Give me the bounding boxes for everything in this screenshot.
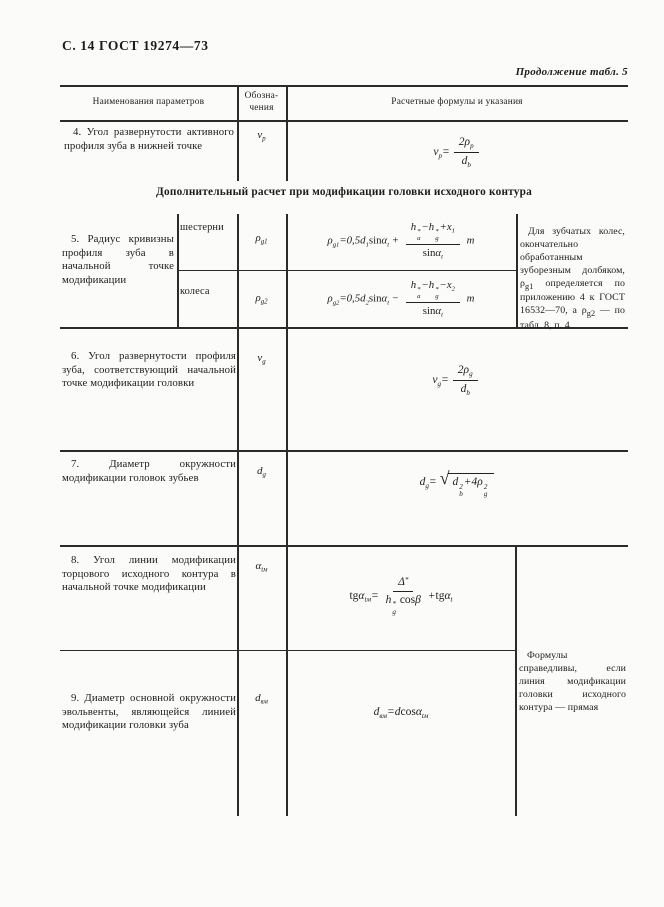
row5-sublabel-wheel: колеса bbox=[180, 285, 236, 298]
row6-symbol-cell: νg bbox=[238, 330, 285, 388]
row4-symbol: νp bbox=[257, 129, 265, 144]
row5-symbol-wheel-cell: ρg2 bbox=[238, 274, 285, 324]
section-title: Дополнительный расчет при модификации го… bbox=[60, 186, 628, 198]
row5-symbol-wheel: ρg2 bbox=[255, 292, 267, 307]
row9-formula: dвм=dcosαtм bbox=[374, 706, 429, 720]
row8-formula: tgαtм= Δ*h*g cosβ +tgαt bbox=[349, 576, 452, 616]
row5-subcol-divider bbox=[177, 214, 179, 327]
row5-symbol-gear: ρg1 bbox=[255, 232, 267, 247]
row5-sub-divider bbox=[177, 270, 516, 271]
row9-symbol-cell: dвм bbox=[238, 678, 285, 720]
row7-formula-cell: dg=√d2b+4ρ2g bbox=[288, 452, 626, 520]
row9-formula-cell: dвм=dcosαtм bbox=[288, 654, 514, 772]
row7-formula: dg=√d2b+4ρ2g bbox=[420, 473, 495, 498]
row9-symbol: dвм bbox=[255, 692, 268, 707]
column-header-parameters-label: Наименования параметров bbox=[93, 97, 205, 109]
row6-parameter-label: 6. Угол развернутости профиля зуба, соот… bbox=[62, 350, 236, 391]
row9-note: Формулы справедливы, если линия модифика… bbox=[519, 650, 626, 714]
row6-formula-cell: νg=2ρgdb bbox=[288, 330, 626, 430]
row5-note: Для зубчатых колес, окончательно обработ… bbox=[520, 226, 625, 333]
row4-parameter-label: 4. Угол развернутости активного профиля … bbox=[64, 126, 234, 153]
row7-bottom-rule bbox=[60, 545, 628, 547]
column-header-symbols-line2: чения bbox=[245, 103, 279, 115]
row5-symbol-gear-cell: ρg1 bbox=[238, 214, 285, 264]
row5-formula-wheel: ρg2=0,5d2sinαt − h*a−h*g−x2sinαt m bbox=[328, 279, 475, 319]
row5-formula-gear-cell: ρg1=0,5d1sinαt + h*a−h*g+x1sinαt m bbox=[288, 214, 514, 269]
row5-formula-wheel-cell: ρg2=0,5d2sinαt − h*a−h*g−x2sinαt m bbox=[288, 272, 514, 327]
column-header-symbols-label: Обозна- чения bbox=[245, 91, 279, 115]
row5-sublabel-gear: шестерни bbox=[180, 221, 236, 234]
row4-formula: νp=2ρpdb bbox=[433, 136, 482, 169]
row9-parameter-label: 9. Диаметр основной окружности эвольвент… bbox=[62, 692, 236, 733]
column-header-parameters: Наименования параметров bbox=[62, 87, 235, 119]
column-header-formulas-label: Расчетные формулы и указания bbox=[391, 97, 522, 109]
row4-formula-cell: νp=2ρpdb bbox=[290, 122, 626, 182]
row7-symbol-cell: dg bbox=[238, 452, 285, 492]
row8-symbol-cell: αtм bbox=[238, 548, 285, 586]
row8-symbol: αtм bbox=[255, 560, 267, 575]
page-number-header: С. 14 ГОСТ 19274—73 bbox=[62, 38, 209, 54]
column-header-formulas: Расчетные формулы и указания bbox=[287, 87, 627, 119]
row7-symbol: dg bbox=[257, 465, 266, 480]
row5-formula-gear: ρg1=0,5d1sinαt + h*a−h*g+x1sinαt m bbox=[328, 221, 475, 261]
row8-formula-cell: tgαtм= Δ*h*g cosβ +tgαt bbox=[288, 548, 514, 644]
column-header-symbols: Обозна- чения bbox=[238, 87, 285, 119]
row5-parameter-label: 5. Радиус кривизны профиля зуба в началь… bbox=[62, 233, 174, 287]
scanned-document-page: С. 14 ГОСТ 19274—73 Продолжение табл. 5 … bbox=[0, 0, 664, 907]
row5-note-divider bbox=[516, 214, 518, 327]
row7-parameter-label: 7. Диаметр окружности модификации голово… bbox=[62, 458, 236, 485]
row6-formula: νg=2ρgdb bbox=[432, 364, 481, 397]
column-header-symbols-line1: Обозна- bbox=[245, 91, 279, 103]
bottom-note-divider bbox=[515, 546, 517, 816]
row8-bottom-rule bbox=[60, 650, 515, 651]
row8-parameter-label: 8. Угол линии модификации торцового исхо… bbox=[62, 554, 236, 595]
table-continuation-note: Продолжение табл. 5 bbox=[516, 66, 628, 78]
row4-symbol-cell: νp bbox=[238, 122, 285, 150]
row6-symbol: νg bbox=[257, 352, 265, 367]
